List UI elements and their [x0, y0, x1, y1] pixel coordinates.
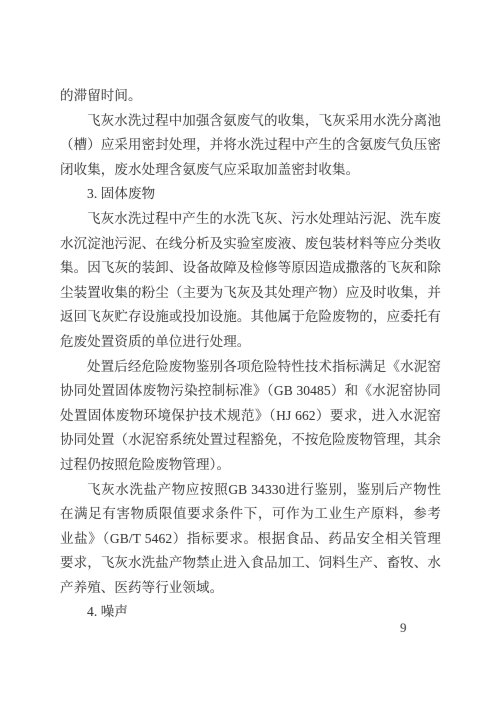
text-line: 的滞留时间。: [60, 84, 441, 109]
text-line: 在满足有害物质限值要求条件下，可作为工业生产原料，参考《工: [60, 502, 441, 527]
heading-solid-waste: 3. 固体废物: [60, 182, 441, 207]
document-body: 的滞留时间。 飞灰水洗过程中加强含氨废气的收集，飞灰采用水洗分离池 （槽）应采用…: [60, 84, 441, 625]
text-line: 集。因飞灰的装卸、设备故障及检修等原因造成撒落的飞灰和除: [60, 256, 441, 281]
text-line: 飞灰水洗盐产物应按照GB 34330进行鉴别，鉴别后产物性质: [60, 478, 441, 503]
text-line: 协同处置（水泥窑系统处置过程豁免，不按危险废物管理，其余: [60, 428, 441, 453]
text-line: 协同处置固体废物污染控制标准》（GB 30485）和《水泥窑协同: [60, 379, 441, 404]
page-number: 9: [400, 620, 407, 636]
text-line: 飞灰水洗过程中产生的水洗飞灰、污水处理站污泥、洗车废: [60, 207, 441, 232]
text-line: 飞灰水洗过程中加强含氨废气的收集，飞灰采用水洗分离池: [60, 109, 441, 134]
text-line: 处置后经危险废物鉴别各项危险特性技术指标满足《水泥窑: [60, 355, 441, 380]
text-line: （槽）应采用密封处理，并将水洗过程中产生的含氨废气负压密: [60, 133, 441, 158]
text-line: 危废处置资质的单位进行处理。: [60, 330, 441, 355]
text-line: 要求，飞灰水洗盐产物禁止进入食品加工、饲料生产、畜牧、水: [60, 551, 441, 576]
text-line: 过程仍按照危险废物管理）。: [60, 453, 441, 478]
text-line: 闭收集，废水处理含氨废气应采取加盖密封收集。: [60, 158, 441, 183]
text-line: 产养殖、医药等行业领域。: [60, 576, 441, 601]
document-page: 的滞留时间。 飞灰水洗过程中加强含氨废气的收集，飞灰采用水洗分离池 （槽）应采用…: [0, 0, 496, 702]
text-line: 水沉淀池污泥、在线分析及实验室废液、废包装材料等应分类收: [60, 232, 441, 257]
text-line: 处置固体废物环境保护技术规范》（HJ 662）要求，进入水泥窑: [60, 404, 441, 429]
text-line: 返回飞灰贮存设施或投加设施。其他属于危险废物的，应委托有: [60, 305, 441, 330]
heading-noise: 4. 噪声: [60, 600, 441, 625]
text-line: 业盐》（GB/T 5462）指标要求。根据食品、药品安全相关管理: [60, 527, 441, 552]
text-line: 尘装置收集的粉尘（主要为飞灰及其处理产物）应及时收集，并: [60, 281, 441, 306]
